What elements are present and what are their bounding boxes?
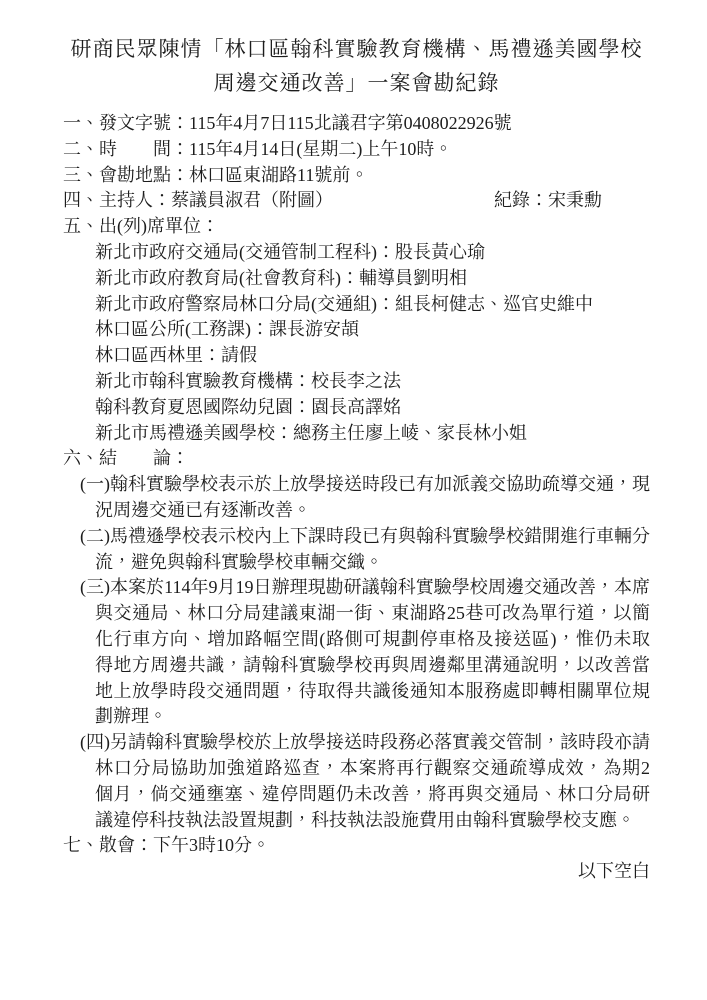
- conclusion-item-1-line-1: (一)翰科實驗學校表示於上放學接送時段已有加派義交協助疏導交通，現: [80, 472, 650, 498]
- document-title: 研商民眾陳情「林口區翰科實驗教育機構、馬禮遜美國學校 周邊交通改善」一案會勘紀錄: [63, 32, 650, 100]
- attendee-line-education-bureau: 新北市政府教育局(社會教育科)：輔導員劉明相: [95, 266, 650, 292]
- field-attendee-units-marker: 五、: [63, 216, 99, 236]
- doc-title-line2: 周邊交通改善」一案會勘紀錄: [63, 66, 650, 100]
- attendee-line-police-branch: 新北市政府警察局林口分局(交通組)：組長柯健志、巡官史維中: [95, 292, 650, 318]
- conclusion-item-3-line-5: 地上放學時段交通問題，待取得共識後通知本服務處即轉相關單位規: [95, 679, 650, 705]
- conclusion-item-4-line-1: (四)另請翰科實驗學校於上放學接送時段務必落實義交管制，該時段亦請: [80, 730, 650, 756]
- field-doc-number-marker: 一、: [63, 113, 99, 133]
- conclusion-item-4-line-4: 議違停科技執法設置規劃，科技執法設施費用由翰科實驗學校支應。: [95, 808, 650, 834]
- field-meeting-time-marker: 二、: [63, 139, 99, 159]
- conclusion-item-3-line-3: 化行車方向、增加路幅空間(路側可規劃停車格及接送區)，惟仍未取: [95, 627, 650, 653]
- conclusion-heading-marker: 六、: [63, 448, 99, 468]
- field-meeting-location-text: 會勘地點：林口區東湖路11號前。: [99, 165, 368, 185]
- field-meeting-time-text: 時 間：115年4月14日(星期二)上午10時。: [99, 139, 452, 159]
- field-chairperson-text: 主持人：蔡議員淑君（附圖）: [99, 190, 333, 210]
- conclusion-item-4-line-2: 林口分局協助加強道路巡查，本案將再行觀察交通疏導成效，為期2: [95, 756, 650, 782]
- conclusion-item-3-line-2: 與交通局、林口分局建議東湖一街、東湖路25巷可改為單行道，以簡: [95, 601, 650, 627]
- conclusion-item-2-text-1: 馬禮遜學校表示校內上下課時段已有與翰科實驗學校錯開進行車輛分: [110, 526, 650, 546]
- closing-line: 七、散會：下午3時10分。: [63, 833, 650, 859]
- conclusion-item-3-line-1: (三)本案於114年9月19日辦理現勘研議翰科實驗學校周邊交通改善，本席: [80, 575, 650, 601]
- doc-title-line1: 研商民眾陳情「林口區翰科實驗教育機構、馬禮遜美國學校: [63, 32, 650, 66]
- attendee-line-kindergarten: 翰科教育夏恩國際幼兒園：園長高譯姳: [95, 395, 650, 421]
- attendee-line-district-office: 林口區公所(工務課)：課長游安頡: [95, 317, 650, 343]
- field-meeting-location: 三、會勘地點：林口區東湖路11號前。: [63, 163, 650, 189]
- conclusion-item-1-text-1: 翰科實驗學校表示於上放學接送時段已有加派義交協助疏導交通，現: [110, 474, 650, 494]
- conclusion-item-3-line-4: 得地方周邊共識，請翰科實驗學校再與周邊鄰里溝通說明，以改善當: [95, 653, 650, 679]
- conclusion-item-2-line-2: 流，避免與翰科實驗學校車輛交織。: [95, 550, 650, 576]
- conclusion-item-1-line-2: 況周邊交通已有逐漸改善。: [95, 498, 650, 524]
- field-recorder: 紀錄：宋秉勳: [494, 188, 602, 214]
- field-attendee-units-text: 出(列)席單位：: [99, 216, 219, 236]
- conclusion-item-1-marker: (一): [80, 474, 110, 494]
- conclusion-item-2-marker: (二): [80, 526, 110, 546]
- field-meeting-location-marker: 三、: [63, 165, 99, 185]
- attendee-line-morrison-school: 新北市馬禮遜美國學校：總務主任廖上崚、家長林小姐: [95, 421, 650, 447]
- field-chairperson-marker: 四、: [63, 190, 99, 210]
- below-blank-note: 以下空白: [63, 859, 650, 885]
- document-page: 研商民眾陳情「林口區翰科實驗教育機構、馬禮遜美國學校 周邊交通改善」一案會勘紀錄…: [0, 0, 707, 1000]
- field-doc-number: 一、發文字號：115年4月7日115北議君字第0408022926號: [63, 111, 650, 137]
- conclusion-item-3-marker: (三): [80, 577, 110, 597]
- conclusion-item-3-line-6: 劃辦理。: [95, 704, 650, 730]
- field-chairperson: 四、主持人：蔡議員淑君（附圖） 紀錄：宋秉勳: [63, 188, 650, 214]
- conclusion-item-3-text-1: 本案於114年9月19日辦理現勘研議翰科實驗學校周邊交通改善，本席: [110, 577, 650, 597]
- conclusion-heading-label: 結 論：: [99, 448, 189, 468]
- conclusion-heading: 六、結 論：: [63, 446, 650, 472]
- field-meeting-time: 二、時 間：115年4月14日(星期二)上午10時。: [63, 137, 650, 163]
- field-chairperson-left: 四、主持人：蔡議員淑君（附圖）: [63, 188, 333, 214]
- conclusion-item-4-text-1: 另請翰科實驗學校於上放學接送時段務必落實義交管制，該時段亦請: [110, 732, 650, 752]
- document-body: 一、發文字號：115年4月7日115北議君字第0408022926號 二、時 間…: [63, 111, 650, 885]
- attendee-line-xilin-village: 林口區西林里：請假: [95, 343, 650, 369]
- field-doc-number-text: 發文字號：115年4月7日115北議君字第0408022926號: [99, 113, 512, 133]
- conclusion-item-4-marker: (四): [80, 732, 110, 752]
- field-attendee-units-heading: 五、出(列)席單位：: [63, 214, 650, 240]
- conclusion-item-2-line-1: (二)馬禮遜學校表示校內上下課時段已有與翰科實驗學校錯開進行車輛分: [80, 524, 650, 550]
- closing-line-marker: 七、: [63, 835, 99, 855]
- closing-line-text: 散會：下午3時10分。: [99, 835, 270, 855]
- attendee-line-hanke-school: 新北市翰科實驗教育機構：校長李之法: [95, 369, 650, 395]
- attendee-line-transport-bureau: 新北市政府交通局(交通管制工程科)：股長黃心瑜: [95, 240, 650, 266]
- conclusion-item-4-line-3: 個月，倘交通壅塞、違停問題仍未改善，將再與交通局、林口分局研: [95, 782, 650, 808]
